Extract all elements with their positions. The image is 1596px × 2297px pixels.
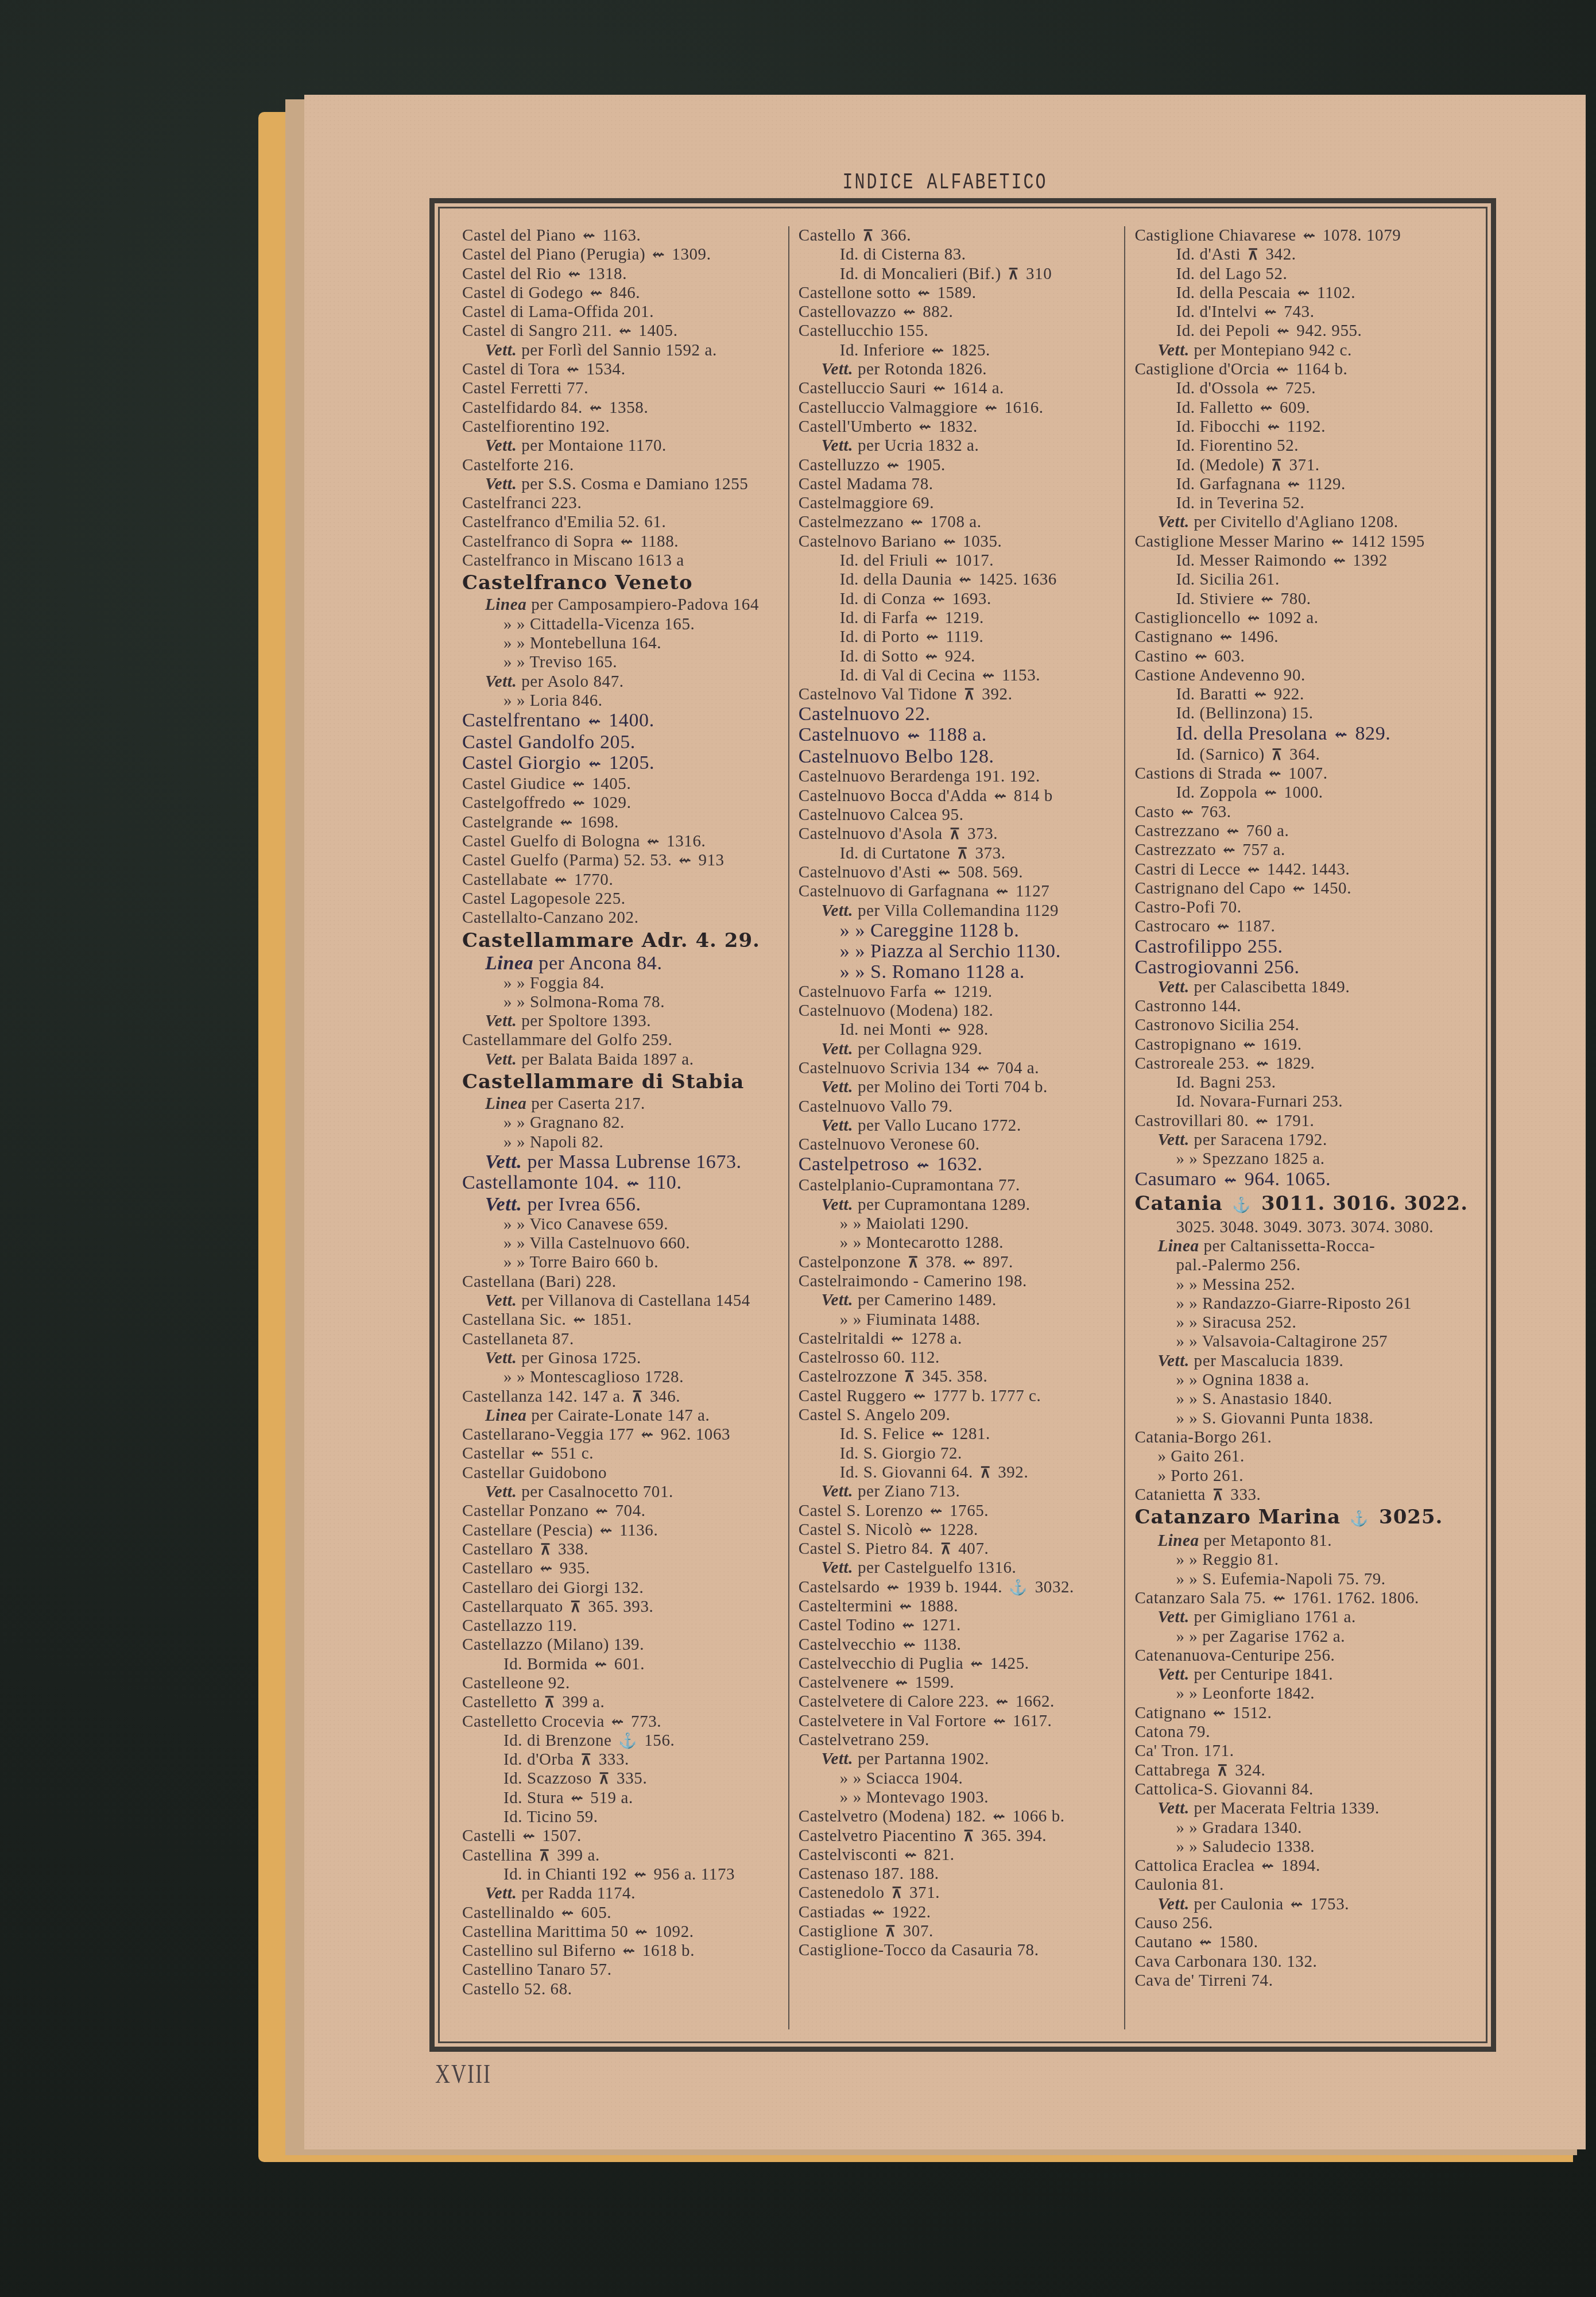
index-entry: Catignano ⇜ 1512. bbox=[1134, 1704, 1468, 1723]
index-entry: Id. Fibocchi ⇜ 1192. bbox=[1134, 417, 1468, 436]
index-entry: » » Gragnano 82. bbox=[462, 1113, 780, 1132]
index-entry: » » Siracusa 252. bbox=[1134, 1313, 1468, 1332]
railway-icon: ⇜ bbox=[1199, 1933, 1212, 1952]
index-heading-entry: Catanzaro Marina ⚓ 3025. bbox=[1134, 1505, 1468, 1532]
railway-icon: ⇜ bbox=[1248, 609, 1260, 628]
index-entry: Castelvetere in Val Fortore ⇜ 1617. bbox=[799, 1712, 1117, 1731]
index-entry: Castelritaldi ⇜ 1278 a. bbox=[799, 1329, 1117, 1348]
index-entry: Castellalto-Canzano 202. bbox=[462, 908, 780, 927]
railway-icon: ⇜ bbox=[995, 1692, 1008, 1711]
railway-icon: ⇜ bbox=[1335, 725, 1347, 745]
service-label: Vett. bbox=[822, 1750, 853, 1768]
index-entry: Castrocaro ⇜ 1187. bbox=[1134, 917, 1468, 936]
index-entry: Casumaro ⇜ 964. 1065. bbox=[1134, 1169, 1468, 1191]
tram-icon: ⊼ bbox=[632, 1387, 643, 1406]
index-entry: Id. della Pescaia ⇜ 1102. bbox=[1134, 284, 1468, 303]
index-entry: Castellabate ⇜ 1770. bbox=[462, 871, 780, 890]
railway-icon: ⇜ bbox=[933, 983, 946, 1001]
index-entry: Castelluccio Sauri ⇜ 1614 a. bbox=[799, 379, 1117, 398]
index-entry: » » Gradara 1340. bbox=[1134, 1819, 1468, 1838]
index-entry: Castiglioncello ⇜ 1092 a. bbox=[1134, 609, 1468, 628]
index-entry: Castenedolo ⊼ 371. bbox=[799, 1884, 1117, 1902]
index-entry: Id. della Daunia ⇜ 1425. 1636 bbox=[799, 570, 1117, 589]
index-entry: Castroreale 253. ⇜ 1829. bbox=[1134, 1054, 1468, 1073]
index-entry: Castelfranco d'Emilia 52. 61. bbox=[462, 513, 780, 532]
running-head: INDICE ALFABETICO bbox=[304, 171, 1586, 196]
index-entry: Id. di Brenzone ⚓ 156. bbox=[462, 1731, 780, 1750]
index-entry: Castel Ruggero ⇜ 1777 b. 1777 c. bbox=[799, 1387, 1117, 1406]
railway-icon: ⇜ bbox=[1256, 1054, 1269, 1073]
index-entry: Catanietta ⊼ 333. bbox=[1134, 1486, 1468, 1505]
index-entry: Id. nei Monti ⇜ 928. bbox=[799, 1020, 1117, 1039]
index-entry: Castelvetere di Calore 223. ⇜ 1662. bbox=[799, 1692, 1117, 1711]
index-entry: Id. Bagni 253. bbox=[1134, 1073, 1468, 1092]
railway-icon: ⇜ bbox=[590, 399, 602, 417]
railway-icon: ⇜ bbox=[1227, 822, 1239, 841]
railway-icon: ⇜ bbox=[994, 787, 1006, 806]
index-entry: Vett. per Balata Baida 1897 a. bbox=[462, 1050, 780, 1069]
tram-icon: ⊼ bbox=[1008, 265, 1020, 284]
index-entry: Id. d'Ossola ⇜ 725. bbox=[1134, 379, 1468, 398]
railway-icon: ⇜ bbox=[626, 1174, 639, 1194]
index-entry: Vett. per Rotonda 1826. bbox=[799, 360, 1117, 379]
service-label: Vett. bbox=[822, 1040, 853, 1058]
railway-icon: ⇜ bbox=[996, 882, 1009, 901]
index-entry: Castelletto Crocevia ⇜ 773. bbox=[462, 1712, 780, 1731]
index-entry: Castel di Tora ⇜ 1534. bbox=[462, 360, 780, 379]
railway-icon: ⇜ bbox=[902, 1616, 915, 1635]
index-entry: Caulonia 81. bbox=[1134, 1876, 1468, 1894]
railway-icon: ⇜ bbox=[590, 284, 603, 303]
railway-icon: ⇜ bbox=[926, 628, 939, 647]
index-entry: Vett. per Camerino 1489. bbox=[799, 1291, 1117, 1310]
index-entry: 3025. 3048. 3049. 3073. 3074. 3080. bbox=[1134, 1218, 1468, 1237]
index-entry: Id. Stura ⇜ 519 a. bbox=[462, 1789, 780, 1808]
tram-icon: ⊼ bbox=[862, 226, 874, 245]
index-entry: » » Cittadella-Vicenza 165. bbox=[462, 615, 780, 634]
index-entry: Vett. per Villa Collemandina 1129 bbox=[799, 902, 1117, 921]
index-entry: Vett. per S.S. Cosma e Damiano 1255 bbox=[462, 475, 780, 494]
index-entry: Casto ⇜ 763. bbox=[1134, 803, 1468, 822]
index-entry: Castellana Sic. ⇜ 1851. bbox=[462, 1310, 780, 1329]
railway-icon: ⇜ bbox=[641, 1425, 654, 1444]
index-entry: Castelnuovo ⇜ 1188 a. bbox=[799, 725, 1117, 747]
tram-icon: ⊼ bbox=[1213, 1486, 1224, 1505]
index-entry: » » S. Eufemia-Napoli 75. 79. bbox=[1134, 1570, 1468, 1589]
railway-icon: ⇜ bbox=[977, 1059, 989, 1078]
railway-icon: ⇜ bbox=[1276, 360, 1289, 379]
tram-icon: ⊼ bbox=[904, 1367, 916, 1386]
index-entry: Castellammare del Golfo 259. bbox=[462, 1031, 780, 1050]
tram-icon: ⊼ bbox=[964, 685, 975, 704]
tram-icon: ⊼ bbox=[892, 1884, 903, 1902]
index-entry: Castronno 144. bbox=[1134, 997, 1468, 1016]
index-entry: » » Piazza al Serchio 1130. bbox=[799, 941, 1117, 962]
tram-icon: ⊼ bbox=[1217, 1761, 1229, 1780]
service-label: Vett. bbox=[485, 1012, 517, 1030]
railway-icon: ⇜ bbox=[1213, 1704, 1226, 1723]
index-entry: Castelnuovo d'Asola ⊼ 373. bbox=[799, 825, 1117, 844]
index-entry: Vett. per Casalnocetto 701. bbox=[462, 1483, 780, 1502]
tram-icon: ⊼ bbox=[540, 1540, 551, 1559]
index-entry: Castelnuovo di Garfagnana ⇜ 1127 bbox=[799, 882, 1117, 901]
railway-icon: ⇜ bbox=[540, 1559, 552, 1578]
service-label: Vett. bbox=[822, 1559, 853, 1577]
index-entry: Castelfranco in Miscano 1613 a bbox=[462, 551, 780, 570]
index-entry: Castelvenere ⇜ 1599. bbox=[799, 1673, 1117, 1692]
steamer-icon: ⚓ bbox=[1009, 1578, 1028, 1597]
index-entry: Castino ⇜ 603. bbox=[1134, 647, 1468, 666]
index-entry: Castiglione Chiavarese ⇜ 1078. 1079 bbox=[1134, 226, 1468, 245]
index-entry: Vett. per Calascibetta 1849. bbox=[1134, 978, 1468, 997]
index-entry: Castiadas ⇜ 1922. bbox=[799, 1903, 1117, 1922]
index-entry: Castelnovo Val Tidone ⊼ 392. bbox=[799, 685, 1117, 704]
index-entry: Castelmezzano ⇜ 1708 a. bbox=[799, 513, 1117, 532]
railway-icon: ⇜ bbox=[555, 871, 567, 890]
railway-icon: ⇜ bbox=[1243, 1035, 1256, 1054]
service-label: Vett. bbox=[1157, 1895, 1189, 1913]
index-entry: Castel Madama 78. bbox=[799, 475, 1117, 494]
index-entry: Castro-Pofi 70. bbox=[1134, 898, 1468, 917]
service-label: Vett. bbox=[485, 1884, 517, 1902]
railway-icon: ⇜ bbox=[572, 794, 585, 813]
index-entry: Id. Baratti ⇜ 922. bbox=[1134, 685, 1468, 704]
railway-icon: ⇜ bbox=[1264, 783, 1277, 802]
index-entry: Castiglione Messer Marino ⇜ 1412 1595 bbox=[1134, 532, 1468, 551]
railway-icon: ⇜ bbox=[568, 265, 581, 284]
index-entry: Id. Fiorentino 52. bbox=[1134, 436, 1468, 455]
index-entry: » Gaito 261. bbox=[1134, 1447, 1468, 1466]
index-entry: Id. (Bellinzona) 15. bbox=[1134, 704, 1468, 723]
railway-icon: ⇜ bbox=[993, 1712, 1006, 1731]
service-label: Vett. bbox=[822, 1482, 853, 1501]
railway-icon: ⇜ bbox=[970, 1654, 983, 1673]
index-entry: » » Leonforte 1842. bbox=[1134, 1684, 1468, 1703]
service-label: Vett. bbox=[485, 1291, 517, 1310]
index-entry: Vett. per Ucria 1832 a. bbox=[799, 436, 1117, 455]
tram-icon: ⊼ bbox=[908, 1253, 919, 1272]
index-entry: Vett. per Forlì del Sannio 1592 a. bbox=[462, 341, 780, 360]
railway-icon: ⇜ bbox=[903, 1635, 916, 1654]
index-entry: Vett. per Collagna 929. bbox=[799, 1040, 1117, 1059]
index-entry: Castrovillari 80. ⇜ 1791. bbox=[1134, 1112, 1468, 1131]
index-entry: Id. di Conza ⇜ 1693. bbox=[799, 590, 1117, 609]
index-entry: Castellucchio 155. bbox=[799, 322, 1117, 341]
index-entry: » » S. Giovanni Punta 1838. bbox=[1134, 1409, 1468, 1428]
tram-icon: ⊼ bbox=[544, 1693, 555, 1712]
railway-icon: ⇜ bbox=[1217, 917, 1230, 936]
service-label: Vett. bbox=[1157, 341, 1189, 359]
index-entry: Id. S. Felice ⇜ 1281. bbox=[799, 1425, 1117, 1444]
index-entry: Vett. per Gimigliano 1761 a. bbox=[1134, 1608, 1468, 1627]
index-page: INDICE ALFABETICO Castel del Piano ⇜ 116… bbox=[304, 95, 1586, 2149]
index-entry: Id. in Teverina 52. bbox=[1134, 494, 1468, 513]
railway-icon: ⇜ bbox=[1269, 764, 1281, 783]
index-entry: Castel S. Nicolò ⇜ 1228. bbox=[799, 1521, 1117, 1540]
index-entry: Linea per Caltanissetta-Rocca- bbox=[1134, 1237, 1468, 1256]
index-entry: Castellaneta 87. bbox=[462, 1330, 780, 1349]
index-entry: Castelnuovo Berardenga 191. 192. bbox=[799, 767, 1117, 786]
index-entry: Catanzaro Sala 75. ⇜ 1761. 1762. 1806. bbox=[1134, 1589, 1468, 1608]
railway-icon: ⇜ bbox=[634, 1865, 646, 1884]
index-entry: » » Loria 846. bbox=[462, 691, 780, 710]
index-entry: Id. del Friuli ⇜ 1017. bbox=[799, 551, 1117, 570]
index-entry: » » Montescaglioso 1728. bbox=[462, 1368, 780, 1387]
railway-icon: ⇜ bbox=[891, 1329, 904, 1348]
index-entry: » » Villa Castelnuovo 660. bbox=[462, 1234, 780, 1253]
index-entry: Id. della Presolana ⇜ 829. bbox=[1134, 724, 1468, 745]
railway-icon: ⇜ bbox=[982, 666, 995, 685]
index-entry: Castelli ⇜ 1507. bbox=[462, 1827, 780, 1846]
index-entry: Castel S. Lorenzo ⇜ 1765. bbox=[799, 1502, 1117, 1521]
railway-icon: ⇜ bbox=[904, 1846, 917, 1865]
index-entry: Castel Guelfo di Bologna ⇜ 1316. bbox=[462, 832, 780, 851]
index-entry: » » Montevago 1903. bbox=[799, 1788, 1117, 1807]
index-entry: Id. Bormida ⇜ 601. bbox=[462, 1655, 780, 1674]
index-entry: Castel Guelfo (Parma) 52. 53. ⇜ 913 bbox=[462, 851, 780, 870]
tram-icon: ⊼ bbox=[539, 1846, 551, 1865]
service-label: Vett. bbox=[485, 1483, 517, 1501]
index-heading-entry: Catania ⚓ 3011. 3016. 3022. bbox=[1134, 1191, 1468, 1218]
service-label: Vett. bbox=[822, 1116, 853, 1135]
index-entry: Castel S. Angelo 209. bbox=[799, 1406, 1117, 1425]
index-entry: Linea per Caserta 217. bbox=[462, 1095, 780, 1113]
index-entry: » » Napoli 82. bbox=[462, 1133, 780, 1152]
index-entry: » » Valsavoia-Caltagirone 257 bbox=[1134, 1332, 1468, 1351]
index-entry: Castelpetroso ⇜ 1632. bbox=[799, 1154, 1117, 1176]
service-label: Vett. bbox=[485, 475, 517, 493]
index-entry: Id. di Cisterna 83. bbox=[799, 245, 1117, 264]
index-entry: Castellazzo (Milano) 139. bbox=[462, 1635, 780, 1654]
index-entry: Castel Ferretti 77. bbox=[462, 379, 780, 398]
tram-icon: ⊼ bbox=[957, 844, 969, 863]
railway-icon: ⇜ bbox=[1273, 1589, 1285, 1608]
index-entry: Castelvetro (Modena) 182. ⇜ 1066 b. bbox=[799, 1807, 1117, 1826]
railway-icon: ⇜ bbox=[1195, 647, 1207, 666]
service-label: Vett. bbox=[822, 1196, 853, 1214]
service-label: Vett. bbox=[1157, 1608, 1189, 1626]
index-frame: Castel del Piano ⇜ 1163.Castel del Piano… bbox=[429, 198, 1496, 2052]
index-entry: Vett. per Ziano 713. bbox=[799, 1482, 1117, 1501]
railway-icon: ⇜ bbox=[595, 1502, 608, 1521]
index-entry: pal.-Palermo 256. bbox=[1134, 1256, 1468, 1275]
index-entry: Castelfidardo 84. ⇜ 1358. bbox=[462, 399, 780, 417]
service-label: Vett. bbox=[1157, 1665, 1189, 1684]
service-label: Vett. bbox=[1157, 513, 1189, 531]
index-entry: Castel S. Pietro 84. ⊼ 407. bbox=[799, 1540, 1117, 1559]
index-entry: Vett. per Civitello d'Agliano 1208. bbox=[1134, 513, 1468, 532]
index-heading-entry: Castelfranco Veneto bbox=[462, 570, 780, 595]
index-entry: Castelvecchio di Puglia ⇜ 1425. bbox=[799, 1654, 1117, 1673]
index-entry: Castelvisconti ⇜ 821. bbox=[799, 1846, 1117, 1865]
index-entry: Castrofilippo 255. bbox=[1134, 937, 1468, 957]
service-label: Vett. bbox=[822, 436, 853, 455]
index-entry: Ca' Tron. 171. bbox=[1134, 1742, 1468, 1761]
railway-icon: ⇜ bbox=[919, 1521, 932, 1540]
index-entry: Castellino sul Biferno ⇜ 1618 b. bbox=[462, 1942, 780, 1960]
railway-icon: ⇜ bbox=[621, 532, 633, 551]
index-entry: Vett. per Montaione 1170. bbox=[462, 436, 780, 455]
railway-icon: ⇜ bbox=[1266, 379, 1279, 398]
page-number: XVIII bbox=[435, 2058, 491, 2090]
railway-icon: ⇜ bbox=[1181, 803, 1194, 822]
service-label: Vett. bbox=[485, 1151, 522, 1173]
index-entry: Castelnuovo Belbo 128. bbox=[799, 747, 1117, 767]
index-entry: Vett. per Saracena 1792. bbox=[1134, 1131, 1468, 1150]
index-column-1: Castel del Piano ⇜ 1163.Castel del Piano… bbox=[453, 226, 789, 2029]
index-entry: » » Montebelluna 164. bbox=[462, 634, 780, 653]
index-entry: » » Spezzano 1825 a. bbox=[1134, 1150, 1468, 1169]
index-entry: Castelmaggiore 69. bbox=[799, 494, 1117, 513]
index-entry: Castelluzzo ⇜ 1905. bbox=[799, 456, 1117, 475]
index-entry: Id. (Medole) ⊼ 371. bbox=[1134, 456, 1468, 475]
index-entry: Castellina ⊼ 399 a. bbox=[462, 1846, 780, 1865]
index-entry: Castel di Lama-Offida 201. bbox=[462, 303, 780, 322]
railway-icon: ⇜ bbox=[1264, 303, 1277, 322]
index-entry: Castel Giudice ⇜ 1405. bbox=[462, 775, 780, 794]
index-entry: Castel di Godego ⇜ 846. bbox=[462, 284, 780, 303]
index-entry: Vett. per Ginosa 1725. bbox=[462, 1349, 780, 1368]
railway-icon: ⇜ bbox=[595, 1655, 607, 1674]
index-entry: Id. del Lago 52. bbox=[1134, 265, 1468, 284]
index-entry: Id. Messer Raimondo ⇜ 1392 bbox=[1134, 551, 1468, 570]
railway-icon: ⇜ bbox=[560, 813, 572, 832]
service-label: Vett. bbox=[822, 1078, 853, 1096]
index-entry: Castel Todino ⇜ 1271. bbox=[799, 1616, 1117, 1635]
railway-icon: ⇜ bbox=[886, 1578, 899, 1597]
tram-icon: ⊼ bbox=[570, 1598, 582, 1617]
index-entry: Castelletto ⊼ 399 a. bbox=[462, 1693, 780, 1712]
index-entry: Castel Lagopesole 225. bbox=[462, 890, 780, 908]
index-entry: Castellazzo 119. bbox=[462, 1617, 780, 1635]
railway-icon: ⇜ bbox=[1277, 322, 1289, 341]
service-label: Linea bbox=[1157, 1237, 1199, 1255]
tram-icon: ⊼ bbox=[599, 1769, 610, 1788]
index-entry: Castelsardo ⇜ 1939 b. 1944. ⚓ 3032. bbox=[799, 1578, 1117, 1597]
index-entry: Vett. per Mascalucia 1839. bbox=[1134, 1352, 1468, 1371]
index-entry: Vett. per Cupramontana 1289. bbox=[799, 1196, 1117, 1215]
railway-icon: ⇜ bbox=[679, 851, 691, 870]
index-entry: Cava de' Tirreni 74. bbox=[1134, 1971, 1468, 1990]
index-entry: Castrogiovanni 256. bbox=[1134, 957, 1468, 978]
index-entry: Castellar ⇜ 551 c. bbox=[462, 1444, 780, 1463]
index-column-2: Castello ⊼ 366.Id. di Cisterna 83.Id. di… bbox=[789, 226, 1126, 2029]
index-entry: Vett. per Spoltore 1393. bbox=[462, 1012, 780, 1031]
index-entry: Linea per Camposampiero-Padova 164 bbox=[462, 595, 780, 614]
index-entry: Castellovazzo ⇜ 882. bbox=[799, 303, 1117, 322]
index-entry: » Porto 261. bbox=[1134, 1467, 1468, 1486]
tram-icon: ⊼ bbox=[963, 1827, 974, 1846]
railway-icon: ⇜ bbox=[931, 341, 944, 360]
railway-icon: ⇜ bbox=[896, 1673, 908, 1692]
service-label: Vett. bbox=[822, 360, 853, 378]
index-entry: Vett. per Castelguelfo 1316. bbox=[799, 1559, 1117, 1577]
index-entry: » » Saludecio 1338. bbox=[1134, 1838, 1468, 1857]
index-entry: Castelnuovo 22. bbox=[799, 704, 1117, 725]
railway-icon: ⇜ bbox=[930, 1502, 943, 1521]
index-entry: Castellone sotto ⇜ 1589. bbox=[799, 284, 1117, 303]
index-entry: Vett. per Vallo Lucano 1772. bbox=[799, 1116, 1117, 1135]
tram-icon: ⊼ bbox=[980, 1463, 991, 1482]
railway-icon: ⇜ bbox=[1303, 226, 1316, 245]
service-label: Vett. bbox=[1157, 1131, 1189, 1149]
index-entry: Id. di Farfa ⇜ 1219. bbox=[799, 609, 1117, 628]
index-entry: Castelvetrano 259. bbox=[799, 1731, 1117, 1750]
index-entry: Id. Garfagnana ⇜ 1129. bbox=[1134, 475, 1468, 494]
service-label: Linea bbox=[485, 1406, 526, 1425]
index-entry: Castelnuovo d'Asti ⇜ 508. 569. bbox=[799, 863, 1117, 882]
railway-icon: ⇜ bbox=[1223, 841, 1235, 860]
tram-icon: ⊼ bbox=[1271, 456, 1283, 475]
index-entry: » » Maiolati 1290. bbox=[799, 1215, 1117, 1233]
railway-icon: ⇜ bbox=[583, 226, 595, 245]
railway-icon: ⇜ bbox=[588, 711, 601, 732]
railway-icon: ⇜ bbox=[635, 1923, 648, 1942]
service-label: Vett. bbox=[485, 436, 517, 455]
index-entry: Castello ⊼ 366. bbox=[799, 226, 1117, 245]
railway-icon: ⇜ bbox=[1331, 532, 1344, 551]
index-entry: » » Careggine 1128 b. bbox=[799, 921, 1117, 941]
index-entry: » » per Zagarise 1762 a. bbox=[1134, 1627, 1468, 1646]
index-entry: Castrignano del Capo ⇜ 1450. bbox=[1134, 879, 1468, 898]
service-label: Vett. bbox=[822, 1291, 853, 1309]
index-entry: Linea per Metaponto 81. bbox=[1134, 1532, 1468, 1550]
index-entry: » » S. Romano 1128 a. bbox=[799, 962, 1117, 983]
index-entry: Castelleone 92. bbox=[462, 1674, 780, 1693]
steamer-icon: ⚓ bbox=[1233, 1193, 1252, 1218]
railway-icon: ⇜ bbox=[932, 590, 945, 609]
steamer-icon: ⚓ bbox=[618, 1731, 637, 1750]
railway-icon: ⇜ bbox=[652, 245, 665, 264]
index-entry: Castellamonte 104. ⇜ 110. bbox=[462, 1173, 780, 1194]
index-entry: Castellaro ⇜ 935. bbox=[462, 1559, 780, 1578]
index-entry: Castione Andevenno 90. bbox=[1134, 666, 1468, 685]
index-entry: Castello 52. 68. bbox=[462, 1980, 780, 1999]
index-entry: Castelplanio-Cupramontana 77. bbox=[799, 1176, 1117, 1195]
index-entry: Id. (Sarnico) ⊼ 364. bbox=[1134, 745, 1468, 764]
index-entry: Castellarquato ⊼ 365. 393. bbox=[462, 1598, 780, 1617]
index-entry: Castel del Rio ⇜ 1318. bbox=[462, 265, 780, 284]
railway-icon: ⇜ bbox=[1293, 879, 1306, 898]
railway-icon: ⇜ bbox=[588, 754, 601, 775]
service-label: Vett. bbox=[1157, 1799, 1189, 1818]
index-entry: » » Ognina 1838 a. bbox=[1134, 1371, 1468, 1390]
index-entry: Vett. per Massa Lubrense 1673. bbox=[462, 1152, 780, 1173]
railway-icon: ⇜ bbox=[913, 1387, 926, 1406]
index-entry: Castelfranci 223. bbox=[462, 494, 780, 513]
service-label: Vett. bbox=[485, 1194, 522, 1215]
index-entry: Vett. per Partanna 1902. bbox=[799, 1750, 1117, 1769]
tram-icon: ⊼ bbox=[950, 825, 961, 844]
index-entry: » » Foggia 84. bbox=[462, 974, 780, 993]
index-entry: Cava Carbonara 130. 132. bbox=[1134, 1952, 1468, 1971]
index-entry: Id. Scazzoso ⊼ 335. bbox=[462, 1769, 780, 1788]
tram-icon: ⊼ bbox=[1248, 245, 1259, 264]
index-entry: Castropignano ⇜ 1619. bbox=[1134, 1035, 1468, 1054]
tram-icon: ⊼ bbox=[940, 1540, 952, 1559]
index-entry: Vett. per Ivrea 656. bbox=[462, 1194, 780, 1215]
index-entry: Catania-Borgo 261. bbox=[1134, 1428, 1468, 1447]
index-entry: Castiglione-Tocco da Casauria 78. bbox=[799, 1941, 1117, 1960]
railway-icon: ⇜ bbox=[943, 532, 956, 551]
index-entry: Castell'Umberto ⇜ 1832. bbox=[799, 417, 1117, 436]
index-entry: Id. Falletto ⇜ 609. bbox=[1134, 399, 1468, 417]
railway-icon: ⇜ bbox=[1248, 860, 1260, 879]
railway-icon: ⇜ bbox=[1291, 1895, 1303, 1914]
index-entry: Castiglione ⊼ 307. bbox=[799, 1922, 1117, 1941]
index-entry: Id. d'Asti ⊼ 342. bbox=[1134, 245, 1468, 264]
index-entry: Castelnuovo Bocca d'Adda ⇜ 814 b bbox=[799, 787, 1117, 806]
